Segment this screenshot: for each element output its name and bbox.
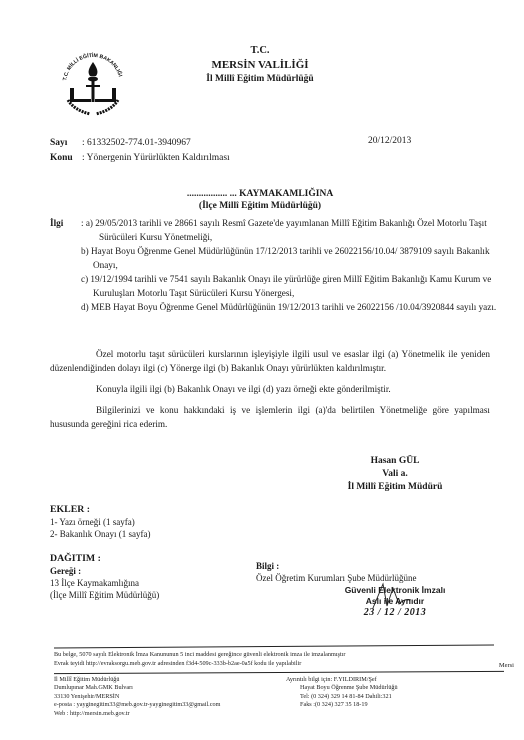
sayi-value: : 61332502-774.01-3940967 [82, 138, 191, 148]
body-paragraph: Bilgilerinizi ve konu hakkındaki iş ve i… [50, 403, 490, 431]
konu-value: : Yönergenin Yürürlükten Kaldırılması [82, 153, 230, 163]
footer-divider [54, 671, 504, 674]
footer-divider [54, 644, 494, 648]
attachments-title: EKLER : [50, 504, 150, 516]
notice-line1: Bu belge, 5070 sayılı Elektronik İmza Ka… [54, 650, 345, 659]
letterhead-tc: T.C. [150, 44, 370, 58]
geregi-label: Gereği : [50, 565, 159, 577]
footer-web: Web : http://mersin.meb.gov.tr [54, 710, 220, 718]
sayi-row: Sayı: 61332502-774.01-3940967 [50, 136, 230, 151]
reference-item: c) 19/12/1994 tarihli ve 7541 sayılı Bak… [77, 272, 497, 300]
stamp-line2: Aslı ile Aynıdır [340, 596, 450, 607]
stamp-date: 23 / 12 / 2013 [340, 607, 450, 618]
body-paragraph: Özel motorlu taşıt sürücüleri kurslarını… [50, 347, 490, 375]
attachments-section: EKLER : 1- Yazı örneği (1 sayfa) 2- Baka… [50, 504, 150, 540]
signer-position: İl Millî Eğitim Müdürü [330, 481, 460, 494]
stamp-line1: Güvenli Elektronik İmzalı [340, 585, 450, 596]
notice-line2: Evrak teyidi http://evraksorgu.meb.gov.t… [54, 659, 345, 668]
geregi-line: (İlçe Millî Eğitim Müdürlüğü) [50, 589, 159, 601]
letter-body: Özel motorlu taşıt sürücüleri kurslarını… [50, 347, 490, 438]
attachment-item: 1- Yazı örneği (1 sayfa) [50, 516, 150, 528]
footer-side-text: Mersi [499, 662, 514, 669]
footer-address-line: İl Millî Eğitim Müdürlüğü [54, 676, 220, 684]
signature-block: Hasan GÜL Vali a. İl Millî Eğitim Müdürü [330, 455, 460, 494]
reference-item: d) MEB Hayat Boyu Öğrenme Genel Müdürlüğ… [77, 300, 497, 314]
footer-contact-line: Hayat Boyu Öğrenme Şube Müdürlüğü [286, 684, 398, 692]
attachment-item: 2- Bakanlık Onayı (1 sayfa) [50, 528, 150, 540]
addressee: ................. ... KAYMAKAMLIĞINA (İl… [150, 188, 370, 212]
footer-fax: Faks :(0 324) 327 35 18-19 [286, 701, 398, 709]
konu-row: Konu: Yönergenin Yürürlükten Kaldırılmas… [50, 151, 230, 166]
footer-contact: Ayrıntılı bilgi için: F.YILDIRIM/Şef Hay… [286, 676, 398, 710]
body-paragraph: Konuyla ilgili ilgi (b) Bakanlık Onayı v… [50, 382, 490, 396]
signer-name: Hasan GÜL [330, 455, 460, 468]
konu-label: Konu [50, 151, 82, 166]
footer-address: İl Millî Eğitim Müdürlüğü Dumlupınar Mah… [54, 676, 220, 718]
bilgi-label: Bilgi : [256, 560, 416, 572]
e-signature-notice: Bu belge, 5070 sayılı Elektronik İmza Ka… [54, 650, 345, 668]
sayi-label: Sayı [50, 136, 82, 151]
document-meta: Sayı: 61332502-774.01-3940967 Konu: Yöne… [50, 136, 230, 166]
ilgi-label: İlgi [50, 216, 63, 230]
reference-item: b) Hayat Boyu Öğrenme Genel Müdürlüğünün… [77, 244, 497, 272]
letterhead-mudurluk: İl Millî Eğitim Müdürlüğü [150, 72, 370, 86]
certified-copy-stamp: Güvenli Elektronik İmzalı Aslı ile Aynıd… [340, 585, 450, 618]
footer-contact-line: Ayrıntılı bilgi için: F.YILDIRIM/Şef [286, 676, 398, 684]
reference-item: : a) 29/05/2013 tarihli ve 28661 sayılı … [77, 216, 497, 244]
letterhead-valilik: MERSİN VALİLİĞİ [150, 58, 370, 72]
meb-seal-logo-icon: T.C. MİLLİ EĞİTİM BAKANLIĞI [56, 44, 130, 118]
letterhead: T.C. MERSİN VALİLİĞİ İl Millî Eğitim Müd… [150, 44, 370, 86]
signer-title: Vali a. [330, 468, 460, 481]
footer-phone: Tel: (0 324) 329 14 81-84 Dahili:321 [286, 693, 398, 701]
distribution-title: DAĞITIM : [50, 553, 159, 565]
geregi-line: 13 İlçe Kaymakamlığına [50, 577, 159, 589]
footer-email: e-posta : yayginegitim33@meb.gov.tr-yayg… [54, 701, 220, 709]
addressee-line2: (İlçe Millî Eğitim Müdürlüğü) [150, 200, 370, 212]
footer-address-line: Dumlupınar Mah.GMK Bulvarı [54, 684, 220, 692]
distribution-section: DAĞITIM : Gereği : 13 İlçe Kaymakamlığın… [50, 553, 159, 601]
document-date: 20/12/2013 [368, 136, 411, 146]
footer-address-line: 33130 Yenişehir/MERSİN [54, 693, 220, 701]
addressee-line1: ................. ... KAYMAKAMLIĞINA [150, 188, 370, 200]
